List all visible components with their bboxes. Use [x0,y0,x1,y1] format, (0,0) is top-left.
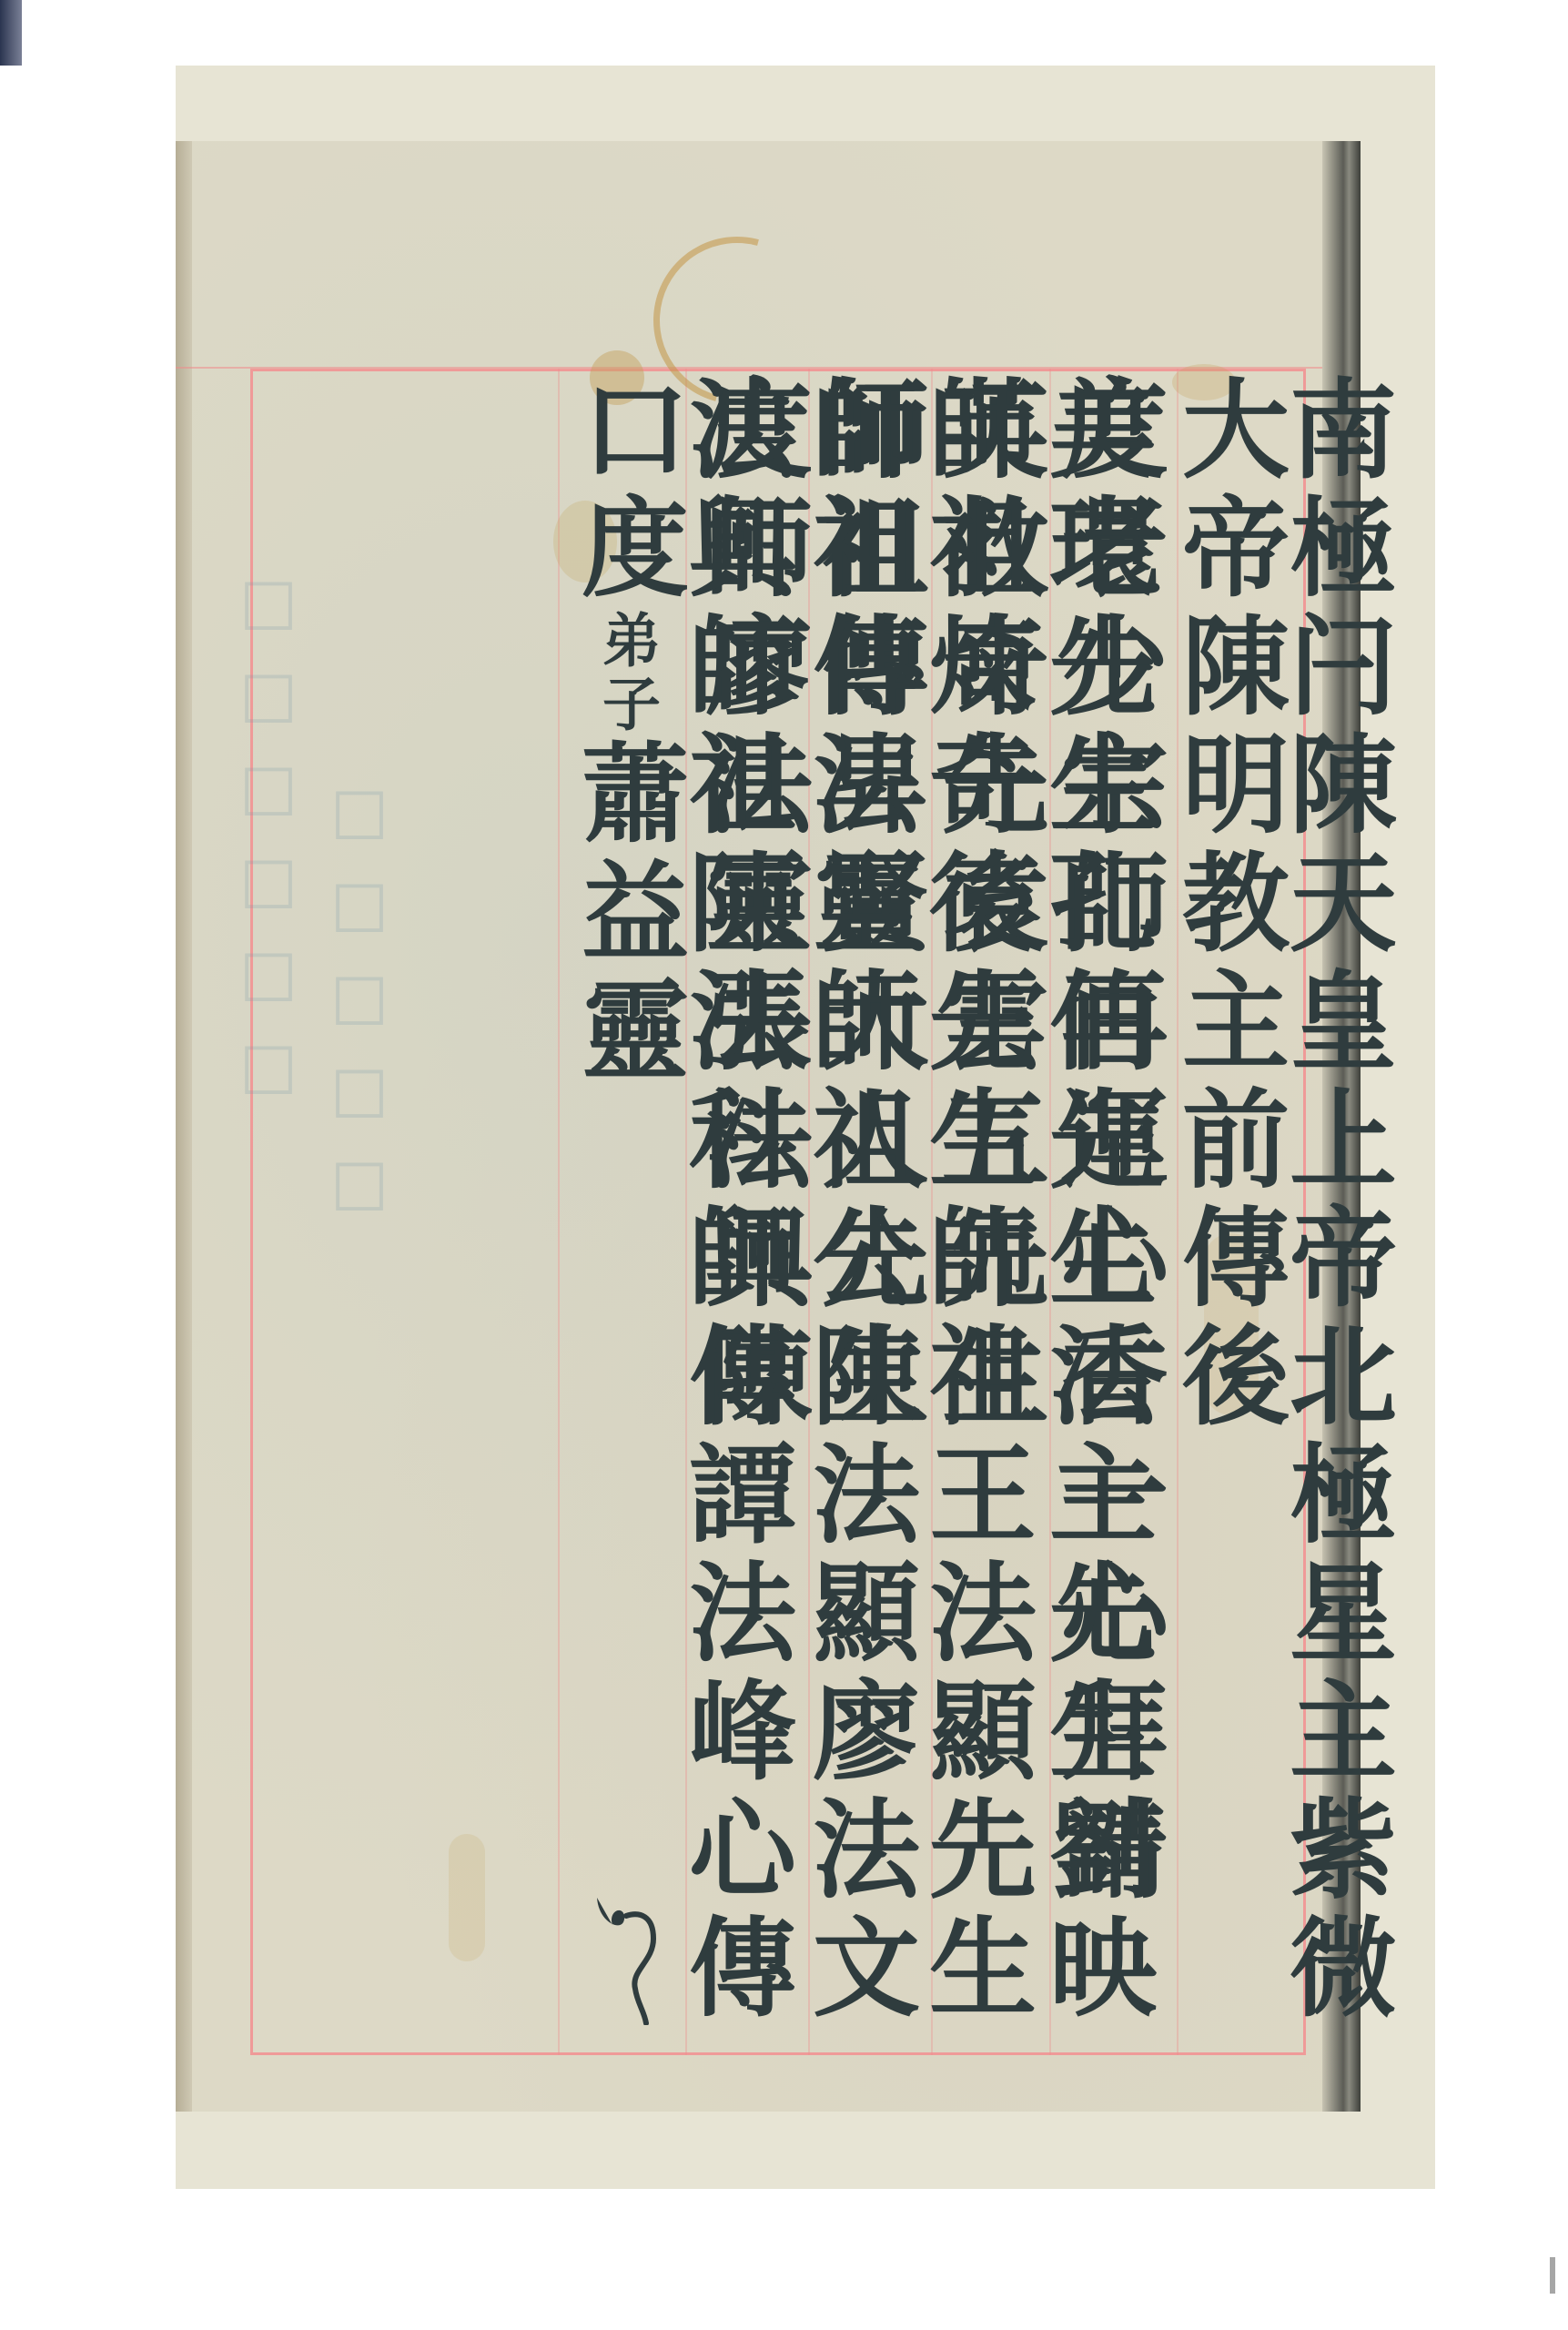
column-guide [558,369,560,2055]
scanner-edge [0,0,22,66]
bleed-through-ink: ☐☐☐☐☐ [321,778,398,1597]
manuscript-page: ☐☐☐☐☐☐ ☐☐☐☐☐ 南極闩陳天皇上帝北極星主紫微大帝陳明教主前傳後 度老少… [176,141,1361,2112]
text-column-6: 法興師祖陳法科師傳譚法峰心傳口度弟子蕭益靈 [572,373,787,2112]
bleed-through-ink: ☐☐☐☐☐☐ [230,569,307,1388]
water-stain [449,1834,485,1961]
page-fold-shadow [176,141,192,2112]
text-column-1: 南極闩陳天皇上帝北極星主紫微大帝陳明教主前傳後 [1173,373,1388,2112]
column-text: 南極闩陳天皇上帝北極星主紫微大帝陳明教主前傳後 [1164,373,1398,2030]
disciple-label: 弟子 [592,610,661,737]
disciple-name: 蕭益靈 [563,737,690,1092]
flourish-mark-icon [590,1889,672,2025]
scan-artifact [1550,2257,1555,2294]
